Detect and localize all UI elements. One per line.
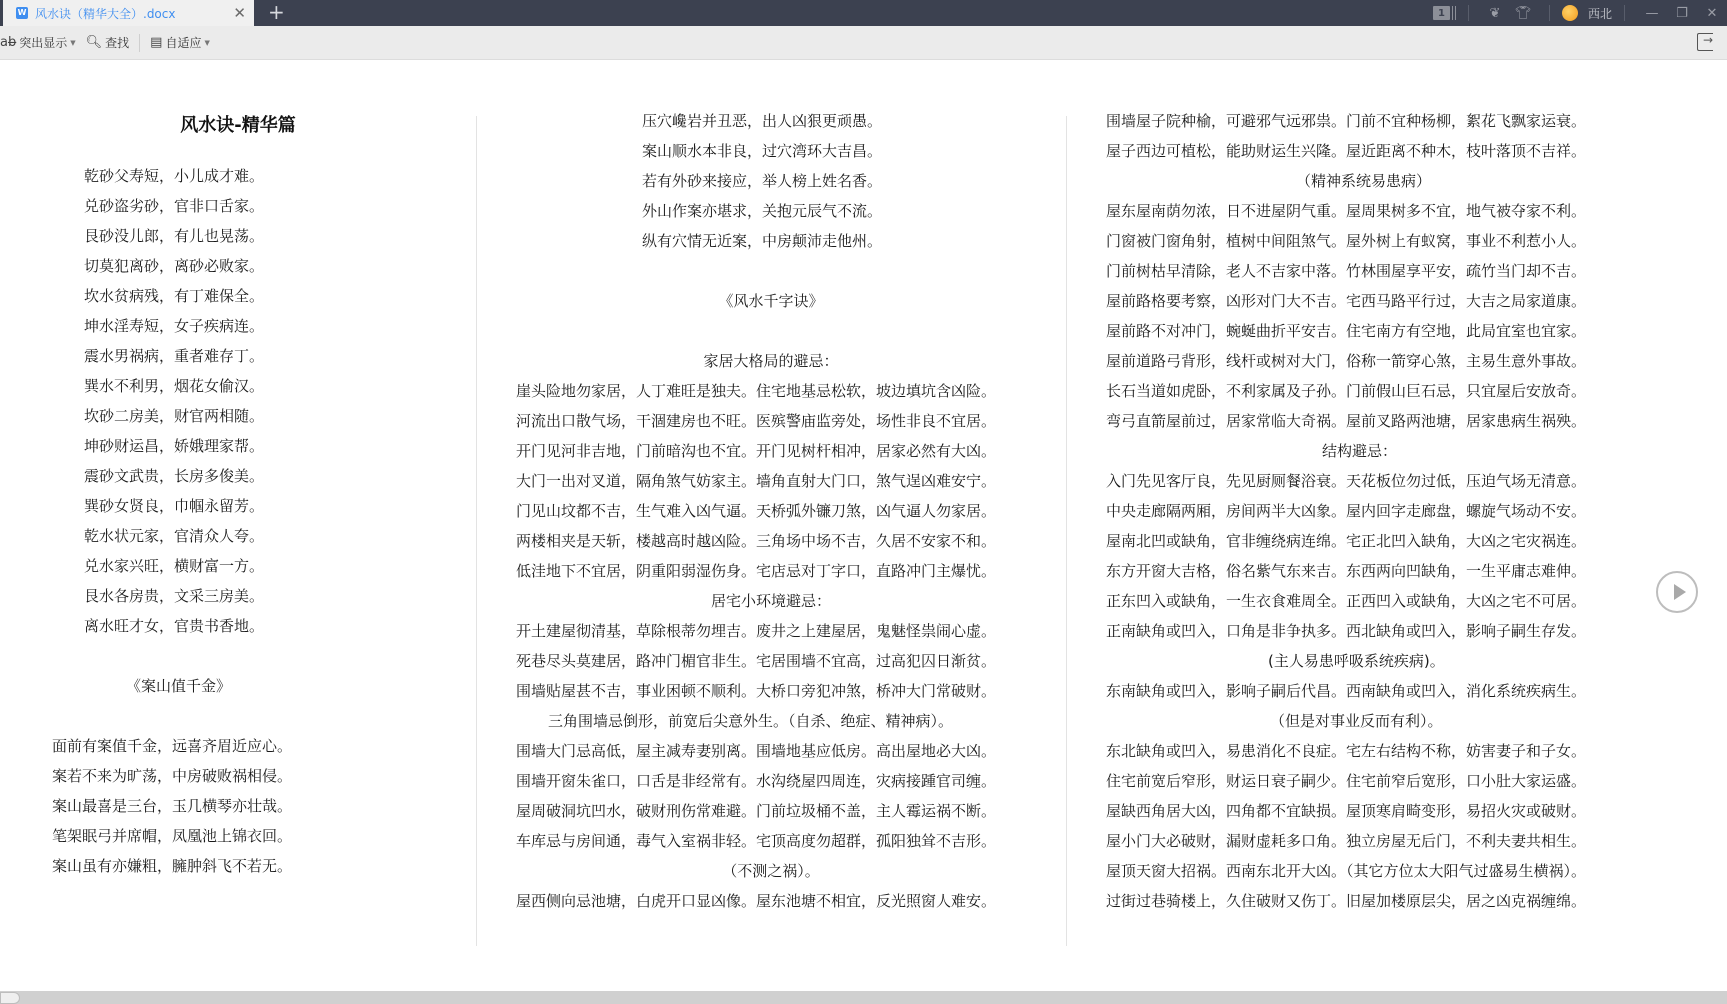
- poem-line: 乾水状元家，官清众人夸。: [84, 521, 476, 551]
- chevron-down-icon: ▼: [70, 39, 75, 47]
- word-doc-icon: W: [16, 7, 28, 19]
- scrollbar-thumb[interactable]: [0, 992, 20, 1004]
- poem-line: 面前有案值千金，远喜齐眉近应心。: [52, 731, 476, 761]
- leaf-icon[interactable]: ❦: [1487, 6, 1503, 21]
- poem-line: 艮砂没儿郎，有儿也晃荡。: [84, 221, 476, 251]
- text-line: 入门先见客厅良，先见厨厕餐浴衰。天花板位勿过低，压迫气场无清意。: [1106, 466, 1666, 496]
- text-line: 屋前路格要考察，凶形对门大不吉。宅西马路平行过，大吉之局家道康。: [1106, 286, 1666, 316]
- text-line: 崖头险地勿家居，人丁难旺是独夫。住宅地基忌松软，坡边填坑含凶险。: [516, 376, 1066, 406]
- page-column-1: 风水诀-精华篇 乾砂父寿短，小儿成才难。 兑砂盗劣砂，官非口舌家。 艮砂没儿郎，…: [0, 106, 476, 881]
- poem-line: 兑水家兴旺，横财富一方。: [84, 551, 476, 581]
- fit-label: 自适应: [165, 34, 201, 51]
- close-window-button[interactable]: ✕: [1697, 6, 1727, 21]
- text-line: 河流出口散气场，干涸建房也不旺。医殡警庙监旁处，场性非良不宜居。: [516, 406, 1066, 436]
- section-heading: 家居大格局的避忌：: [476, 346, 1066, 376]
- text-line: 车库忌与房间通，毒气入室祸非轻。宅顶高度勿超群，孤阳独耸不吉形。: [516, 826, 1066, 856]
- text-line: 东方开窗大吉格，俗名紫气东来吉。东西两向凹缺角，一生平庸志难伸。: [1106, 556, 1666, 586]
- highlight-button[interactable]: ab̶ 突出显示 ▼: [0, 31, 76, 55]
- search-icon: 🔍︎: [86, 35, 103, 50]
- text-line: 开门见河非吉地，门前暗沟也不宜。开门见树杆相冲，居家必然有大凶。: [516, 436, 1066, 466]
- section-title: 《风水千字诀》: [476, 286, 1066, 316]
- poem-line: 艮水各房贵，文采三房美。: [84, 581, 476, 611]
- text-line: 低洼地下不宜居，阴重阳弱湿伤身。宅店忌对丁字口，直路冲门主爆忧。: [516, 556, 1066, 586]
- page-fit-icon: ▤: [150, 35, 162, 50]
- text-line: 长石当道如虎卧，不利家属及子孙。门前假山巨石忌，只宜屋后安放奇。: [1106, 376, 1666, 406]
- close-tab-icon[interactable]: ✕: [233, 4, 246, 22]
- text-line: 屋顶天窗大招祸。西南东北开大凶。（其它方位太大阳气过盛易生横祸）。: [1106, 856, 1666, 886]
- horizontal-scrollbar[interactable]: [0, 991, 1727, 1004]
- weather-sun-icon[interactable]: [1562, 5, 1578, 21]
- text-line: 过街过巷骑楼上，久住破财又伤丁。旧屋加楼原层尖，居之凶克祸缠绵。: [1106, 886, 1666, 916]
- divider: [139, 34, 140, 52]
- highlight-icon: ab̶: [0, 35, 16, 50]
- reader-toolbar: ab̶ 突出显示 ▼ 🔍︎ 查找 ▤ 自适应 ▼: [0, 26, 1727, 60]
- text-line: 大门一出对叉道，隔角煞气妨家主。墙角直射大门口，煞气逞凶难安宁。: [516, 466, 1066, 496]
- note-line: （但是对事业反而有利）。: [1066, 706, 1666, 736]
- poem-line: 坎水贫病残，有丁难保全。: [84, 281, 476, 311]
- page-stack-icon: [1452, 6, 1456, 20]
- poem-line: 若有外砂来接应，举人榜上姓名香。: [642, 166, 1066, 196]
- text-line: 围墙贴屋甚不吉，事业困顿不顺利。大桥口旁犯冲煞，桥冲大门常破财。: [516, 676, 1066, 706]
- poem-line: 纵有穴情无近案，中房颠沛走他州。: [642, 226, 1066, 256]
- text-line: 两楼相夹是天斩，楼越高时越凶险。三角场中场不吉，久居不安家不和。: [516, 526, 1066, 556]
- document-view: 风水诀-精华篇 乾砂父寿短，小儿成才难。 兑砂盗劣砂，官非口舌家。 艮砂没儿郎，…: [0, 61, 1727, 991]
- text-line: 屋南北凹或缺角，官非缠绕病连绵。宅正北凹入缺角，大凶之宅灾祸连。: [1106, 526, 1666, 556]
- text-line: 门前树枯早清除，老人不吉家中落。竹林围屋享平安，疏竹当门却不吉。: [1106, 256, 1666, 286]
- divider: [1549, 5, 1550, 21]
- tab-title: 风水诀（精华大全）.docx: [35, 5, 175, 22]
- chevron-down-icon: ▼: [204, 39, 209, 47]
- document-tab[interactable]: W 风水诀（精华大全）.docx ✕: [0, 0, 254, 26]
- new-tab-button[interactable]: +: [268, 1, 285, 23]
- exit-reading-mode-icon[interactable]: [1697, 33, 1713, 51]
- text-line: 屋子西边可植松，能助财运生兴隆。屋近距离不种木，枝叶落顶不吉祥。: [1106, 136, 1666, 166]
- document-title: 风水诀-精华篇: [0, 106, 476, 146]
- text-line: 围墙开窗朱雀口，口舌是非经常有。水沟绕屋四周连，灾病接踵官司缠。: [516, 766, 1066, 796]
- note-line: （精神系统易患病）: [1066, 166, 1666, 196]
- page-column-2: 压穴巉岩并丑恶，出人凶狠更顽愚。 案山顺水本非良，过穴湾环大吉昌。 若有外砂来接…: [476, 106, 1066, 916]
- title-bar: W 风水诀（精华大全）.docx ✕ + 1 ❦ 👕︎ 西北 — ❐ ✕: [0, 0, 1727, 26]
- text-line: 门见山坟都不吉，生气难入凶气逼。天桥弧外镰刀煞，凶气逼人勿家居。: [516, 496, 1066, 526]
- restore-button[interactable]: ❐: [1667, 6, 1697, 21]
- poem-line: 压穴巉岩并丑恶，出人凶狠更顽愚。: [642, 106, 1066, 136]
- poem-line: 案山顺水本非良，过穴湾环大吉昌。: [642, 136, 1066, 166]
- page-column-3: 围墙屋子院种榆，可避邪气远邪祟。门前不宜种杨柳，絮花飞飘家运衰。 屋子西边可植松…: [1066, 106, 1666, 916]
- poem-line: 案山最喜是三台，玉几横琴亦壮哉。: [52, 791, 476, 821]
- poem-line: 离水旺才女，官贵书香地。: [84, 611, 476, 641]
- poem-line: 兑砂盗劣砂，官非口舌家。: [84, 191, 476, 221]
- text-line: 弯弓直箭屋前过，居家常临大奇祸。屋前叉路两池塘，居家患病生祸殃。: [1106, 406, 1666, 436]
- text-line: 围墙大门忌高低，屋主减寿妻别离。围墙地基应低房。高出屋地必大凶。: [516, 736, 1066, 766]
- text-line: 东北缺角或凹入，易患消化不良症。宅左右结构不称，妨害妻子和子女。: [1106, 736, 1666, 766]
- text-line: 死巷尽头莫建居，路冲门楣官非生。宅居围墙不宜高，过高犯囚日渐贫。: [516, 646, 1066, 676]
- shirt-skin-icon[interactable]: 👕︎: [1515, 6, 1531, 21]
- text-line: 围墙屋子院种榆，可避邪气远邪祟。门前不宜种杨柳，絮花飞飘家运衰。: [1106, 106, 1666, 136]
- text-line: 住宅前宽后窄形，财运日衰子嗣少。住宅前窄后宽形，口小肚大家运盛。: [1106, 766, 1666, 796]
- poem-line: 震砂文武贵，长房多俊美。: [84, 461, 476, 491]
- titlebar-right-controls: 1 ❦ 👕︎ 西北 — ❐ ✕: [1433, 0, 1727, 26]
- section-heading: 居宅小环境避忌：: [476, 586, 1066, 616]
- text-line: 开土建屋彻清基，草除根蒂勿埋吉。废井之上建屋居，鬼魅怪祟闹心虚。: [516, 616, 1066, 646]
- poem-line: 震水男祸病，重者难存丁。: [84, 341, 476, 371]
- poem-line: 乾砂父寿短，小儿成才难。: [84, 161, 476, 191]
- divider: [1624, 5, 1625, 21]
- text-line: 门窗被门窗角射，植树中间阻煞气。屋外树上有蚁窝，事业不利惹小人。: [1106, 226, 1666, 256]
- poem-line: 巽水不利男，烟花女偷汉。: [84, 371, 476, 401]
- text-line: 屋前路不对冲门，蜿蜒曲折平安吉。住宅南方有空地，此局宜室也宜家。: [1106, 316, 1666, 346]
- find-button[interactable]: 🔍︎ 查找: [86, 31, 130, 55]
- poem-line: 案若不来为旷荡，中房破败祸相侵。: [52, 761, 476, 791]
- find-label: 查找: [105, 34, 129, 51]
- text-line: 三角围墙忌倒形，前宽后尖意外生。（自杀、绝症、精神病）。: [516, 706, 1066, 736]
- text-line: 屋周破洞坑凹水，破财刑伤常难避。门前垃圾桶不盖，主人霉运祸不断。: [516, 796, 1066, 826]
- text-line: 屋东屋南荫勿浓，日不进屋阴气重。屋周果树多不宜，地气被夺家不利。: [1106, 196, 1666, 226]
- weather-text[interactable]: 西北: [1588, 5, 1612, 22]
- poem-line: 巽砂女贤良，巾帼永留芳。: [84, 491, 476, 521]
- page-count-icon[interactable]: 1: [1433, 6, 1450, 20]
- section-subtitle: 《案山值千金》: [0, 671, 476, 701]
- poem-line: 案山虽有亦嫌粗，臃肿斜飞不若无。: [52, 851, 476, 881]
- next-page-play-button[interactable]: [1656, 571, 1698, 613]
- poem-line: 坎砂二房美，财官两相随。: [84, 401, 476, 431]
- minimize-button[interactable]: —: [1637, 6, 1667, 21]
- text-line: 屋前道路弓背形，线杆或树对大门，俗称一箭穿心煞，主易生意外事故。: [1106, 346, 1666, 376]
- text-line: 中央走廊隔两厢，房间两半大凶象。屋内回字走廊盘，螺旋气场动不安。: [1106, 496, 1666, 526]
- text-line: 屋西侧向忌池塘，白虎开口显凶像。屋东池塘不相宜，反光照窗人难安。: [516, 886, 1066, 916]
- poem-line: 笔架眠弓并席帽，凤凰池上锦衣回。: [52, 821, 476, 851]
- text-line: 正东凹入或缺角，一生衣食难周全。正西凹入或缺角，大凶之宅不可居。: [1106, 586, 1666, 616]
- fit-width-button[interactable]: ▤ 自适应 ▼: [150, 31, 210, 55]
- text-line: 屋缺西角居大凶，四角都不宜缺损。屋顶寒肩畸变形，易招火灾或破财。: [1106, 796, 1666, 826]
- note-line: （不测之祸）。: [476, 856, 1066, 886]
- highlight-label: 突出显示: [19, 34, 67, 51]
- poem-line: 切莫犯离砂，离砂必败家。: [84, 251, 476, 281]
- text-line: 正南缺角或凹入，口角是非争执多。西北缺角或凹入，影响子嗣生存发。: [1106, 616, 1666, 646]
- text-line: 屋小门大必破财，漏财虚耗多口角。独立房屋无后门，不利夫妻共相生。: [1106, 826, 1666, 856]
- note-line: (主人易患呼吸系统疾病)。: [1066, 646, 1666, 676]
- text-line: 东南缺角或凹入，影响子嗣后代昌。西南缺角或凹入，消化系统疾病生。: [1106, 676, 1666, 706]
- divider: [1468, 5, 1469, 21]
- poem-line: 外山作案亦堪求，关抱元辰气不流。: [642, 196, 1066, 226]
- section-heading: 结构避忌：: [1066, 436, 1666, 466]
- poem-line: 坤砂财运昌，娇娥理家帮。: [84, 431, 476, 461]
- poem-line: 坤水淫寿短，女子疾病连。: [84, 311, 476, 341]
